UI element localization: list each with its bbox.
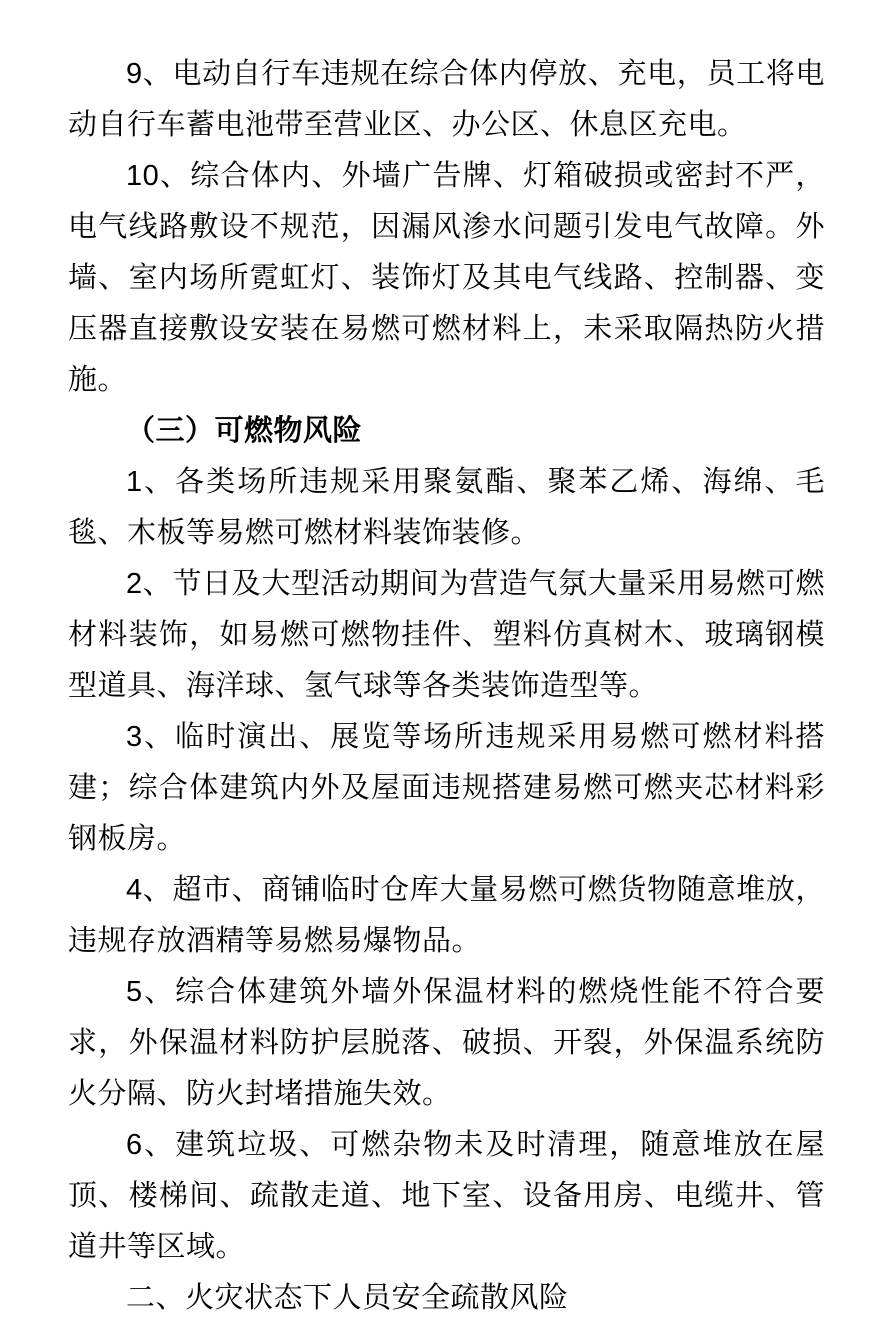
paragraph: 9、电动自行车违规在综合体内停放、充电，员工将电动自行车蓄电池带至营业区、办公区…	[68, 49, 825, 151]
paragraph: 4、超市、商铺临时仓库大量易燃可燃货物随意堆放，违规存放酒精等易燃易爆物品。	[68, 865, 825, 967]
document-page: 9、电动自行车违规在综合体内停放、充电，员工将电动自行车蓄电池带至营业区、办公区…	[0, 0, 889, 1334]
section-subheading: 二、火灾状态下人员安全疏散风险	[68, 1273, 825, 1324]
section-heading: （三）可燃物风险	[68, 406, 825, 457]
paragraph: 3、临时演出、展览等场所违规采用易燃可燃材料搭建；综合体建筑内外及屋面违规搭建易…	[68, 712, 825, 865]
paragraph: 6、建筑垃圾、可燃杂物未及时清理，随意堆放在屋顶、楼梯间、疏散走道、地下室、设备…	[68, 1120, 825, 1273]
paragraph: 2、节日及大型活动期间为营造气氛大量采用易燃可燃材料装饰，如易燃可燃物挂件、塑料…	[68, 559, 825, 712]
paragraph: 10、综合体内、外墙广告牌、灯箱破损或密封不严，电气线路敷设不规范，因漏风渗水问…	[68, 151, 825, 406]
paragraph: 5、综合体建筑外墙外保温材料的燃烧性能不符合要求，外保温材料防护层脱落、破损、开…	[68, 967, 825, 1120]
document-body: 9、电动自行车违规在综合体内停放、充电，员工将电动自行车蓄电池带至营业区、办公区…	[68, 49, 825, 1324]
paragraph: 1、各类场所违规采用聚氨酯、聚苯乙烯、海绵、毛毯、木板等易燃可燃材料装饰装修。	[68, 457, 825, 559]
